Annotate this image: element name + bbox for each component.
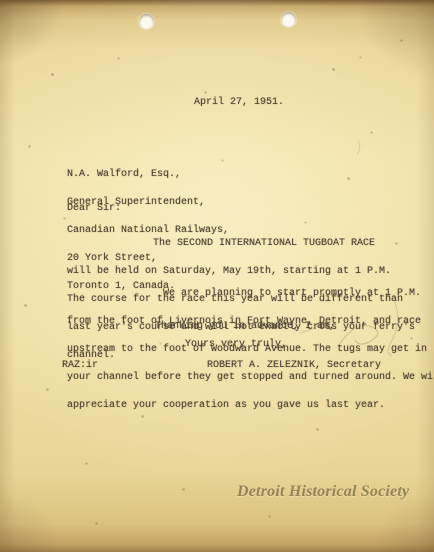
- typist-initials: RAZ:ir: [62, 361, 98, 370]
- closing-line: Thanking you in advance, I am,: [155, 322, 335, 331]
- scanned-letter: April 27, 1951. N.A. Walford, Esq., Gene…: [0, 0, 434, 552]
- paper-speckles: [0, 0, 1, 1]
- punch-hole-right: [281, 12, 296, 27]
- body-line: The SECOND INTERNATIONAL TUGBOAT RACE: [67, 239, 415, 248]
- date-line: April 27, 1951.: [194, 98, 284, 107]
- address-line: N.A. Walford, Esq.,: [67, 170, 229, 179]
- body-line: appreciate your cooperation as you gave …: [67, 401, 434, 410]
- punch-hole-left: [139, 14, 154, 29]
- valediction: Yours very truly,: [185, 340, 287, 349]
- salutation: Dear Sir:: [67, 204, 121, 213]
- signature-line: ROBERT A. ZELEZNIK, Secretary: [207, 361, 381, 370]
- body-line: your channel before they get stopped and…: [67, 373, 434, 382]
- body-line: We are planning to start promptly at 1 P…: [67, 289, 434, 298]
- archive-watermark: Detroit Historical Society: [237, 483, 409, 501]
